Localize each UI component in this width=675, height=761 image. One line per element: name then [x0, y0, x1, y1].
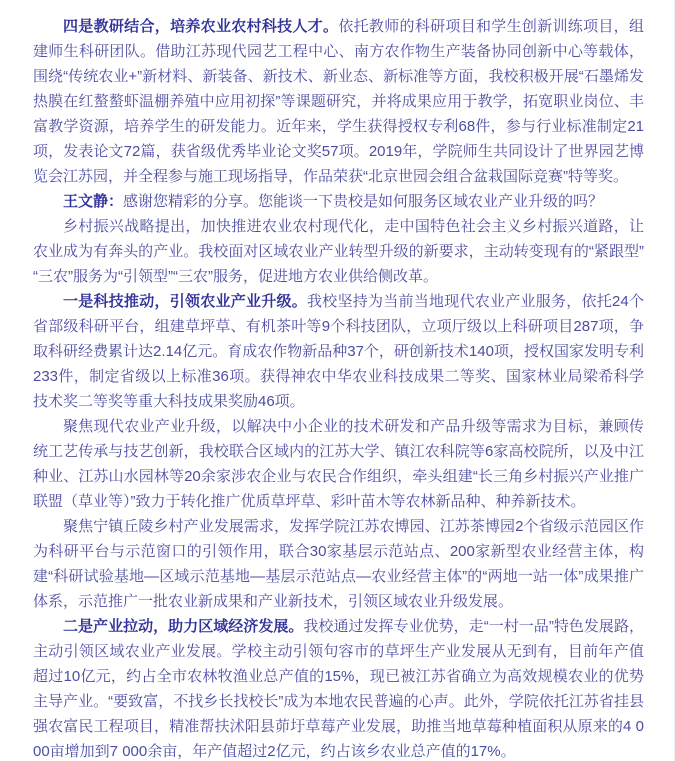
paragraph-lead: 四是教研结合，培养农业农村科技人才。 [63, 18, 338, 35]
paragraph-interviewer-question: 王文静：感谢您精彩的分享。您能谈一下贵校是如何服务区域农业产业升级的吗？ [33, 189, 644, 214]
paragraph-text: 聚焦宁镇丘陵乡村产业发展需求，发挥学院江苏农博园、江苏茶博园2个省级示范园区作为… [33, 518, 644, 610]
paragraph-tech-promotion: 一是科技推动，引领农业产业升级。我校坚持为当前当地现代农业产业服务，依托24个省… [33, 289, 644, 414]
paragraph-industry-pull: 二是产业拉动，助力区域经济发展。我校通过发挥专业优势，走“一村一品”特色发展路，… [33, 614, 644, 761]
paragraph-lead: 一是科技推动，引领农业产业升级。 [63, 293, 307, 310]
paragraph-text: 聚焦现代农业产业升级，以解决中小企业的技术研发和产品升级等需求为目标，兼顾传统工… [33, 418, 644, 510]
paragraph-demonstration-system: 聚焦宁镇丘陵乡村产业发展需求，发挥学院江苏农博园、江苏茶博园2个省级示范园区作为… [33, 514, 644, 614]
paragraph-text: 我校坚持为当前当地现代农业产业服务，依托24个省部级科研平台，组建草坪草、有机茶… [33, 293, 644, 410]
paragraph-teaching-research: 四是教研结合，培养农业农村科技人才。依托教师的科研项目和学生创新训练项目，组建师… [33, 14, 644, 189]
paragraph-lead: 二是产业拉动，助力区域经济发展。 [63, 618, 303, 635]
paragraph-text: 我校通过发挥专业优势，走“一村一品”特色发展路，主动引领区域农业产业发展。学校主… [33, 618, 644, 760]
paragraph-industry-upgrade-focus: 聚焦现代农业产业升级，以解决中小企业的技术研发和产品升级等需求为目标，兼顾传统工… [33, 414, 644, 514]
speaker-name: 王文静： [63, 193, 123, 210]
paragraph-rural-revitalization: 乡村振兴战略提出，加快推进农业农村现代化，走中国特色社会主义乡村振兴道路，让农业… [33, 214, 644, 289]
paragraph-text: 乡村振兴战略提出，加快推进农业农村现代化，走中国特色社会主义乡村振兴道路，让农业… [33, 218, 644, 285]
paragraph-text: 依托教师的科研项目和学生创新训练项目，组建师生科研团队。借助江苏现代园艺工程中心… [33, 18, 644, 185]
paragraph-text: 感谢您精彩的分享。您能谈一下贵校是如何服务区域农业产业升级的吗？ [123, 193, 603, 210]
document-page: 四是教研结合，培养农业农村科技人才。依托教师的科研项目和学生创新训练项目，组建师… [0, 0, 675, 761]
